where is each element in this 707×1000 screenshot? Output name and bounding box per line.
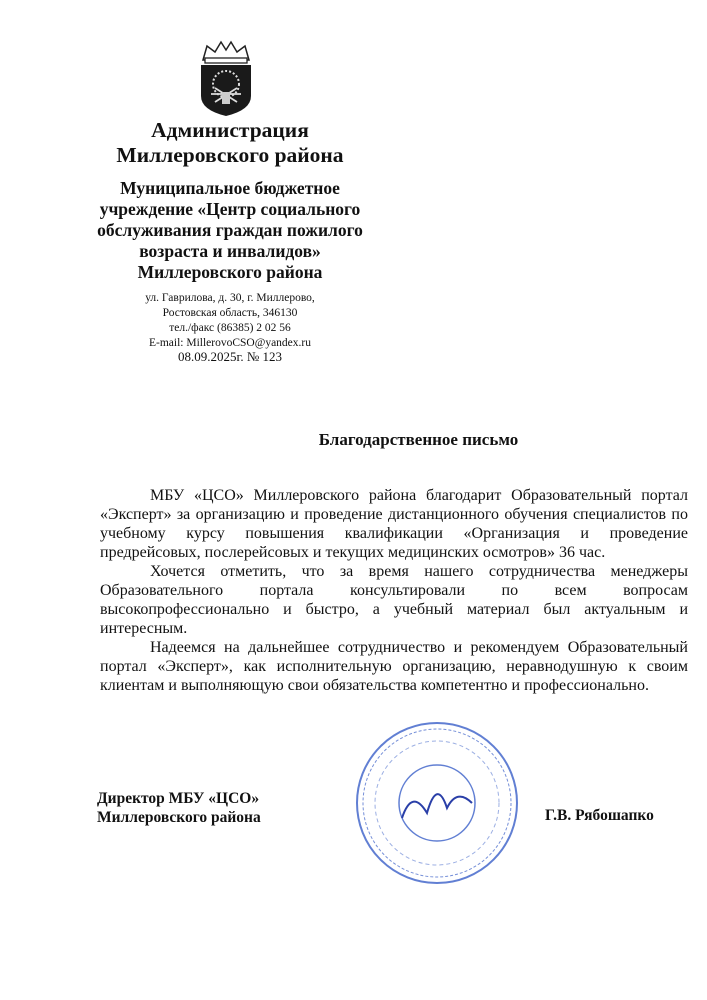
org-title-line: учреждение «Центр социального (80, 199, 380, 220)
signer-position-line: Директор МБУ «ЦСО» (97, 789, 261, 808)
paragraph: Надеемся на дальнейшее сотрудничество и … (100, 638, 688, 695)
phone-fax: тел./факс (86385) 2 02 56 (80, 321, 380, 336)
org-title-line: Миллеровского района (80, 262, 380, 283)
official-stamp (352, 718, 522, 888)
org-title-line: возраста и инвалидов» (80, 241, 380, 262)
signer-position: Директор МБУ «ЦСО» Миллеровского района (97, 789, 261, 827)
date-and-number: 08.09.2025г. № 123 (80, 349, 380, 365)
org-title-line: Муниципальное бюджетное (80, 178, 380, 199)
administration-title: Администрация Миллеровского района (80, 118, 380, 168)
address-line: Ростовская область, 346130 (80, 306, 380, 321)
coat-of-arms-icon (193, 38, 259, 118)
letter-title: Благодарственное письмо (0, 430, 707, 450)
address-line: ул. Гаврилова, д. 30, г. Миллерово, (80, 291, 380, 306)
paragraph: Хочется отметить, что за время нашего со… (100, 562, 688, 638)
organization-title: Муниципальное бюджетное учреждение «Цент… (80, 178, 380, 283)
org-title-line: обслуживания граждан пожилого (80, 220, 380, 241)
signer-name: Г.В. Рябошапко (545, 807, 654, 825)
paragraph: МБУ «ЦСО» Миллеровского района благодари… (100, 486, 688, 562)
admin-title-line: Администрация (80, 118, 380, 143)
letter-body: МБУ «ЦСО» Миллеровского района благодари… (100, 486, 688, 695)
signer-position-line: Миллеровского района (97, 808, 261, 827)
contact-block: ул. Гаврилова, д. 30, г. Миллерово, Рост… (80, 291, 380, 351)
admin-title-line: Миллеровского района (80, 143, 380, 168)
